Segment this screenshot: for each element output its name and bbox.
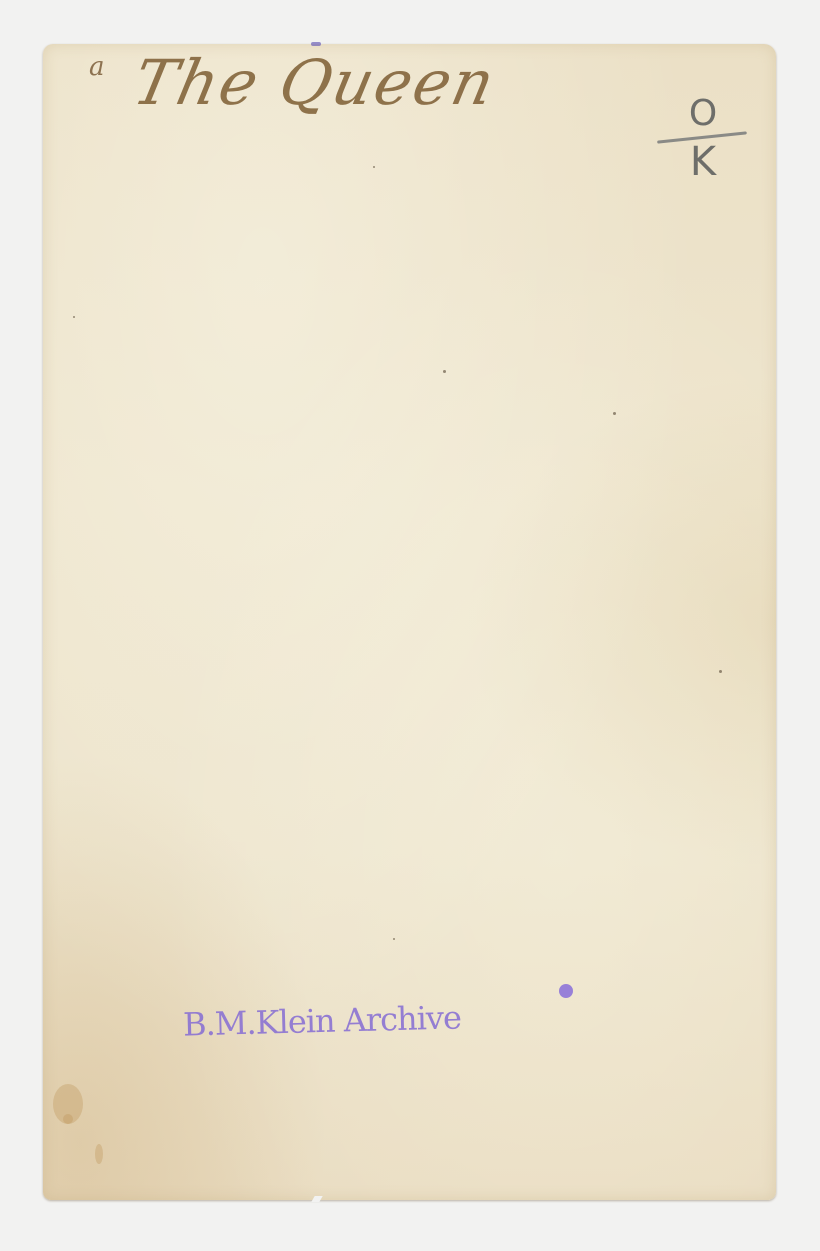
paper-speck — [393, 938, 395, 940]
stamp-registered-dot — [559, 984, 573, 998]
edge-tear — [311, 1196, 322, 1202]
paper-speck — [719, 670, 722, 673]
pencil-notation: O K — [663, 94, 743, 184]
photo-card-back: a The Queen O K B.M.Klein Archive — [43, 44, 776, 1200]
paper-speck — [613, 412, 616, 415]
corner-handwritten-mark: a — [89, 52, 105, 82]
handwritten-title: The Queen — [127, 46, 502, 119]
archive-stamp: B.M.Klein Archive — [183, 998, 462, 1043]
paper-speck — [443, 370, 446, 373]
foxing-stain — [95, 1144, 103, 1164]
foxing-stain — [63, 1114, 73, 1124]
paper-speck — [73, 316, 75, 318]
paper-speck — [373, 166, 375, 168]
pencil-denominator: K — [663, 141, 743, 183]
pencil-numerator: O — [663, 94, 743, 134]
